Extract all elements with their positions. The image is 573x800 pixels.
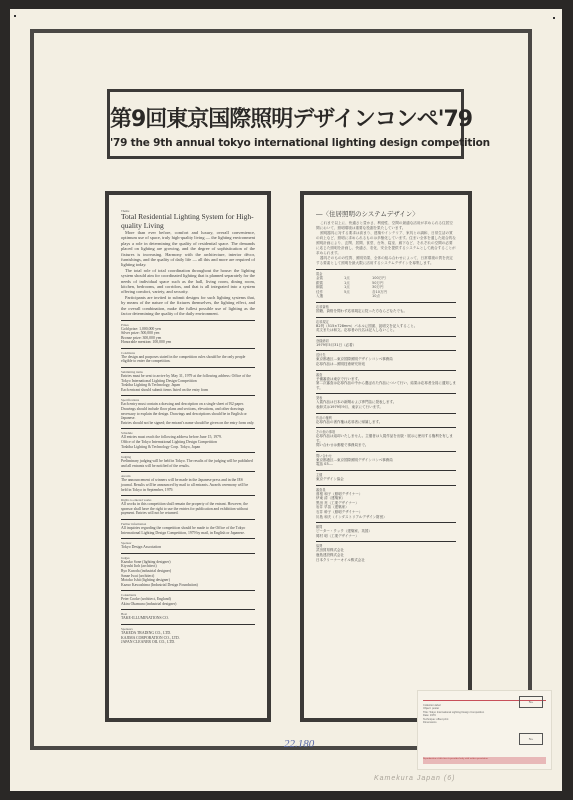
rules-section: JudgingPreliminary judging will be held …: [121, 452, 255, 468]
theme-paragraph: The total role of total coordination thr…: [121, 268, 255, 295]
section-line: The announcement of winners will be made…: [121, 478, 255, 492]
section-line: 英文または和文。応募者の氏名は記入しないこと。: [316, 328, 456, 333]
prize-row: 入選10点: [316, 294, 456, 299]
japanese-rules-section: その他の事項応募作品は返却いたしません。主催者は入賞作品を出版・展示に使用する権…: [316, 427, 456, 448]
section-line: 表彰式は1979年9月、東京にて行います。: [316, 405, 456, 410]
prizes-table: 金賞1点100万円銀賞1点50万円銅賞1点30万円佳作5点各10万円入選10点: [316, 276, 456, 299]
prize-amount: 10点: [372, 294, 380, 299]
rules-section: ScheduleAll entries must reach the follo…: [121, 428, 255, 449]
section-line: 1979年5月31日（必着）: [316, 343, 456, 348]
japanese-rules-section: 審査予備審査は東京で行います。第二次審査は応募作品の中から選ばれた作品について行…: [316, 370, 456, 391]
rules-section: Further informationAll inquiries regardi…: [121, 519, 255, 535]
section-line: Kazuo Kawashima (Industrial Design Found…: [121, 583, 255, 588]
section-line: 応募作品の著作権は応募者に帰属します。: [316, 420, 456, 425]
title-english: '79 the 9th annual tokyo international l…: [110, 137, 461, 149]
rules-section: Rights to entered worksAll works in this…: [121, 495, 255, 516]
section-line: All inquiries regarding the competition …: [121, 526, 255, 535]
japanese-rules-section: 主催東京デザイン協会: [316, 470, 456, 482]
rules-sections: PrizesGold prize: 1,000,000 yenSilver pr…: [121, 320, 255, 645]
title-box: 第9回東京国際照明デザインコンペ'79 '79 the 9th annual t…: [107, 89, 464, 159]
prize-count: [344, 294, 372, 299]
rules-section: ConditionsThe design and purposes stated…: [121, 348, 255, 364]
section-line: 問い合わせは郵便で事務局まで。: [316, 443, 456, 448]
rules-section: SponsorTokyo Design Association: [121, 538, 255, 550]
theme-heading: Total Residential Lighting System for Hi…: [121, 213, 255, 230]
section-line: Akira Okamura (industrial designer): [121, 602, 255, 607]
theme-paragraph: Participants are invited to submit desig…: [121, 295, 255, 317]
section-line: Honorable mention: 100,000 yen: [121, 340, 255, 345]
label-footer: Reproduction of this item is permitted o…: [423, 757, 546, 764]
section-line: 応募作品は返却いたしません。主催者は入賞作品を出版・展示に使用する権利を有します…: [316, 434, 456, 443]
rules-section: SpecificationsEach entry must contain a …: [121, 395, 255, 425]
rules-section: PrizesGold prize: 1,000,000 yenSilver pr…: [121, 320, 255, 345]
section-line: Entries must be sent to arrive by May 31…: [121, 374, 255, 383]
section-line: Preliminary judging will be held in Toky…: [121, 459, 255, 468]
section-line: 第二次審査は応募作品の中から選ばれた作品について行い、結果は応募者全員に通知しま…: [316, 381, 456, 390]
japanese-rules-section: 応募規定B2判（515×728mm）パネルに図面、説明文を記入すること。英文また…: [316, 317, 456, 333]
japanese-rules-section: 発表入賞作品は日本の新聞および専門誌に発表します。表彰式は1979年9月、東京に…: [316, 393, 456, 409]
japanese-rules-section: 協賛武田貿易株式会社鹿島建設株式会社日本クリーナーオイル株式会社: [316, 541, 456, 562]
number-stamp: No.: [519, 733, 543, 745]
rules-section: HostTAKE-ILLUMINATIONS CO.: [121, 609, 255, 621]
japanese-rules-section: 登録締切1979年5月31日（必着）: [316, 336, 456, 348]
japanese-rules-section: 作品の権利応募作品の著作権は応募者に帰属します。: [316, 413, 456, 425]
japanese-paragraph: これまで以上に、快適さと豊かさ、利便性、空間の最適な活用が求められる住居空間にお…: [316, 221, 456, 231]
japanese-rules-section: 問い合わせ東京都港区…東京国際照明デザインコンペ事務局電話 03-…: [316, 451, 456, 467]
corner-mark: [553, 17, 555, 19]
section-line: The design and purposes stated in the co…: [121, 355, 255, 364]
japanese-rules-section: 審査員曽根 和子（照明デザイナー）伊東 清（建築家）黒田 亮（工業デザイナー）岩…: [316, 485, 456, 520]
rules-section: SponsorsTAKEDA TRADING CO., LTD.KAJIMA C…: [121, 624, 255, 645]
section-line: Toshiba Lighting & Technology Corp. Toky…: [121, 445, 255, 450]
section-line: Tokyo Design Association: [121, 545, 255, 550]
pencil-signature: Kamekura Japan (6): [374, 775, 455, 782]
section-line: Entries should not be signed; the entran…: [121, 421, 255, 426]
theme-paragraph: More than ever before, comfort and luxur…: [121, 230, 255, 268]
rules-section: Submitting itemsEntries must be sent to …: [121, 367, 255, 392]
section-line: 国籍、資格を問わず応募規定に従った方ならどなたでも。: [316, 309, 456, 314]
japanese-heading: ―〈住居照明のシステムデザイン〉: [316, 209, 456, 218]
prize-name: 入選: [316, 294, 344, 299]
japanese-rules-section: 応募資格国籍、資格を問わず応募規定に従った方ならどなたでも。: [316, 302, 456, 314]
section-line: All works in this competition shall rema…: [121, 502, 255, 516]
section-line: 電話 03-…: [316, 462, 456, 467]
number-stamp: No.: [519, 696, 543, 708]
section-line: Each entry must contain a drawing and de…: [121, 402, 255, 420]
section-line: 東京デザイン協会: [316, 477, 456, 482]
rules-section: AwardsThe announcement of winners will b…: [121, 471, 255, 492]
japanese-paragraph: 器具そのものの性質、照明効果、全体の組み合わせによって、日常環境の質を決定する要…: [316, 256, 456, 266]
archive-label-card: Collection labelObject: posterTitle: Tok…: [417, 690, 552, 770]
japanese-paragraph: 照明器具に対する要求は高まり、建築やインテリア、家具との調和、日常生活の質の向上…: [316, 231, 456, 256]
label-line: Dimensions: [423, 721, 546, 724]
section-line: TAKE-ILLUMINATIONS CO.: [121, 616, 255, 621]
section-line: 応募作品は…照明技術研究所宛: [316, 362, 456, 367]
japanese-paragraphs: これまで以上に、快適さと豊かさ、利便性、空間の最適な活用が求められる住居空間にお…: [316, 221, 456, 266]
english-panel: Theme Total Residential Lighting System …: [105, 191, 271, 722]
section-line: 川島 和夫（インダストリアルデザイン財団）: [316, 515, 456, 520]
section-line: Each entrant should submit items listed …: [121, 388, 255, 393]
japanese-panel: ―〈住居照明のシステムデザイン〉 これまで以上に、快適さと豊かさ、利便性、空間の…: [300, 191, 472, 722]
prizes-section: 賞金 金賞1点100万円銀賞1点50万円銅賞1点30万円佳作5点各10万円入選1…: [316, 269, 456, 299]
pencil-inventory-number: 22.180: [284, 738, 314, 750]
japanese-rules-sections: 応募資格国籍、資格を問わず応募規定に従った方ならどなたでも。応募規定B2判（51…: [316, 302, 456, 562]
theme-paragraphs: More than ever before, comfort and luxur…: [121, 230, 255, 317]
section-line: 日本クリーナーオイル株式会社: [316, 558, 456, 563]
section-line: JAPAN CLEANER OIL CO., LTD.: [121, 640, 255, 645]
japanese-rules-section: 送付先東京都港区…東京国際照明デザインコンペ事務局応募作品は…照明技術研究所宛: [316, 350, 456, 366]
title-japanese: 第9回東京国際照明デザインコンペ'79: [110, 102, 461, 133]
rules-section: JudgesKazuko Sone (lighting designer)Kiy…: [121, 553, 255, 588]
corner-mark: [14, 15, 16, 17]
japanese-rules-section: 顧問ピーター・クック（建築家、英国）岡村 明（工業デザイナー）: [316, 522, 456, 538]
section-line: 岡村 明（工業デザイナー）: [316, 534, 456, 539]
rules-section: ConsultantsPeter Cooke (architect, Engla…: [121, 590, 255, 606]
